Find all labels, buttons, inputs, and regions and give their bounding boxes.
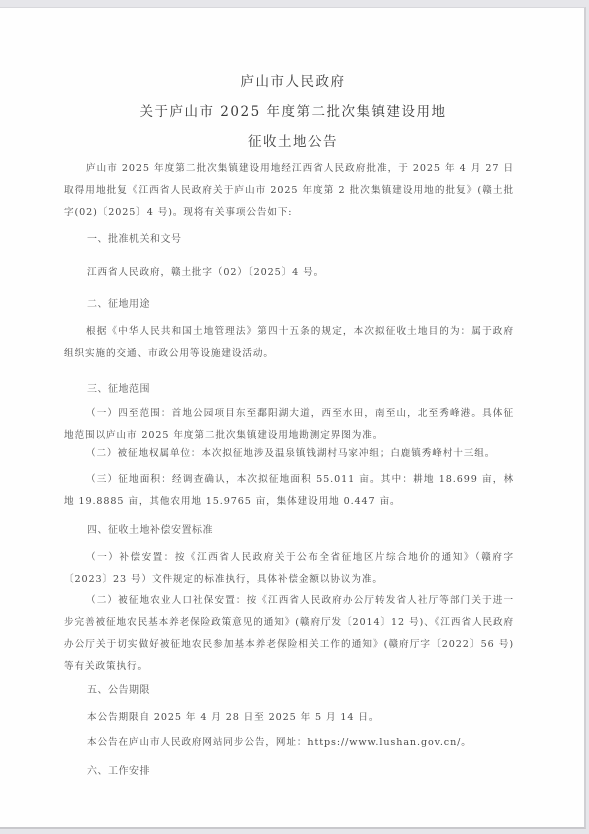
section-5-period: 本公告期限自 2025 年 4 月 28 日至 2025 年 5 月 14 日。 xyxy=(87,709,379,723)
document-page: 庐山市人民政府 关于庐山市 2025 年度第二批次集镇建设用地 征收土地公告 庐… xyxy=(0,7,586,829)
section-3-item-1: （一）四至范围：首地公园项目东至鄱阳湖大道，西至水田，南至山，北至秀峰港。具体征… xyxy=(64,403,514,447)
section-heading-4: 四、征收土地补偿安置标准 xyxy=(87,521,213,536)
section-2-text: 根据《中华人民共和国土地管理法》第四十五条的规定，本次拟征收土地目的为：属于政府… xyxy=(64,321,514,365)
section-5-website: 本公告在庐山市人民政府网站同步公告，网址：https://www.lushan.… xyxy=(87,734,472,748)
section-3-item-3: （三）征地面积：经调查确认，本次拟征地面积 55.011 亩。其中：耕地 18.… xyxy=(64,469,514,513)
issuing-organization: 庐山市人民政府 xyxy=(0,70,586,90)
section-heading-2: 二、征地用途 xyxy=(87,295,150,310)
section-heading-3: 三、征地范围 xyxy=(87,380,150,395)
section-4-item-2: （二）被征地农业人口社保安置：按《江西省人民政府办公厅转发省人社厅等部门关于进一… xyxy=(64,590,514,678)
document-title-line1: 关于庐山市 2025 年度第二批次集镇建设用地 xyxy=(0,100,586,120)
section-heading-5: 五、公告期限 xyxy=(87,681,150,696)
section-1-text: 江西省人民政府，赣土批字（02）〔2025〕4 号。 xyxy=(87,264,324,278)
section-heading-1: 一、批准机关和文号 xyxy=(87,230,182,245)
section-heading-6: 六、工作安排 xyxy=(87,762,150,777)
section-4-item-1: （一）补偿安置：按《江西省人民政府关于公布全省征地区片综合地价的通知》（赣府字〔… xyxy=(64,547,514,591)
section-3-item-2: （二）被征地权属单位：本次拟征地涉及温泉镇钱湖村马家冲组；白鹿镇秀峰村十三组。 xyxy=(64,443,514,465)
intro-paragraph: 庐山市 2025 年度第二批次集镇建设用地经江西省人民政府批准，于 2025 年… xyxy=(64,158,514,224)
document-title-line2: 征收土地公告 xyxy=(0,130,586,150)
